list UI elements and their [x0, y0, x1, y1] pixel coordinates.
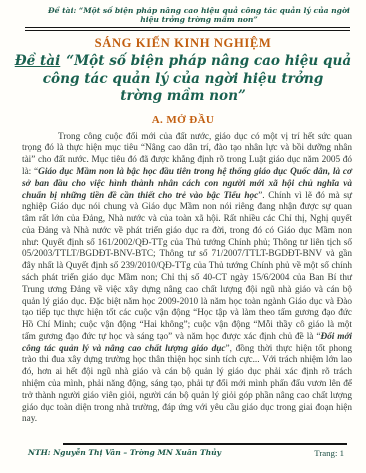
header-double-rule: [25, 27, 350, 31]
topic-line: Đề tài“Một số biện pháp nâng cao hiệu qu…: [0, 53, 366, 70]
body-paragraph: Trong công cuộc đổi mới của đất nước, gi…: [22, 132, 352, 427]
topic-title: Đề tài“Một số biện pháp nâng cao hiệu qu…: [0, 53, 366, 105]
section-heading: A. MỞ ĐẦU: [0, 114, 366, 126]
topic-label: Đề tài: [15, 53, 61, 69]
footer: NTH: Nguyễn Thị Vân – Trờng MN Xuân Thủy…: [28, 448, 344, 458]
footer-author: NTH: Nguyễn Thị Vân – Trờng MN Xuân Thủy: [28, 448, 221, 457]
footer-page-number: Trang: 1: [314, 448, 344, 458]
footer-rule: [63, 443, 347, 445]
topic-line-2: công tác quản lý của ngời hiệu trởng: [0, 71, 366, 88]
document-page: Đề tài: “Một số biện pháp nâng cao hiệu …: [0, 0, 366, 473]
document-title: SÁNG KIẾN KINH NGHIỆM: [0, 36, 366, 51]
topic-line-1: “Một số biện pháp nâng cao hiệu quả: [66, 53, 351, 69]
body-text-segment: ”, đồng thời thực hiện tốt phong trào th…: [22, 344, 352, 425]
topic-line-3: trờng mầm non”: [0, 88, 366, 105]
body-text-segment: ”. Chính vì lẽ đó mà sự nghiệp Giáo dục …: [22, 191, 352, 342]
running-header: Đề tài: “Một số biện pháp nâng cao hiệu …: [46, 6, 352, 24]
